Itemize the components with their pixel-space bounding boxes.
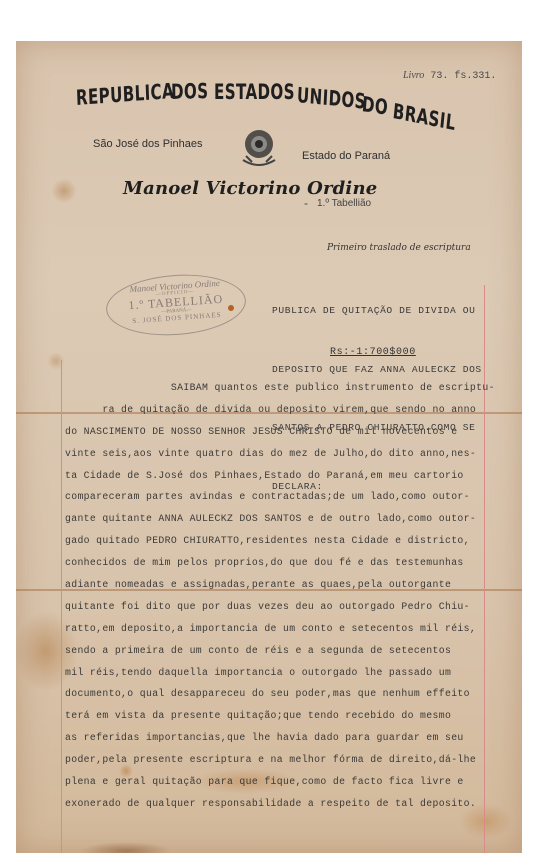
body-line: poder,pela presente escriptura e na melh… (65, 749, 495, 771)
body-line: ta Cidade de S.José dos Pinhaes,Estado d… (65, 465, 495, 487)
page-reference: fs.331. (454, 71, 496, 82)
book-reference: Livro 73. fs.331. (403, 70, 496, 82)
body-line: mil réis,tendo daquella importancia o ou… (65, 662, 495, 684)
body-line: exonerado de qualquer responsabilidade a… (65, 793, 495, 815)
deed-amount: Rs:-1:700$000 (330, 347, 416, 358)
body-line: sendo a primeira de um conto de réis e a… (65, 640, 495, 662)
deed-heading: Primeiro traslado de escriptura (327, 243, 471, 253)
state-label: Estado do Paraná (302, 150, 390, 162)
notary-name: Manoel Victorino Ordine (123, 178, 377, 199)
summary-line: PUBLICA DE QUITAÇÃO DE DIVIDA OU (272, 301, 512, 321)
body-line: ratto,em deposito,a importancia de um co… (65, 618, 495, 640)
body-line: gante quitante ANNA AULECKZ DOS SANTOS e… (65, 508, 495, 530)
body-line: SAIBAM quantos este publico instrumento … (65, 377, 495, 399)
deed-body: SAIBAM quantos este publico instrumento … (65, 377, 495, 815)
left-margin-line (61, 360, 62, 853)
title-word: DO (361, 92, 389, 120)
body-line: adiante nomeadas e assignadas,perante as… (65, 574, 495, 596)
body-line: terá em vista da presente quitação;que t… (65, 705, 495, 727)
body-line: ra de quitação de divida ou deposito vir… (65, 399, 495, 421)
body-line: plena e geral quitação para que fique,co… (65, 771, 495, 793)
notary-title: 1.º Tabellião (317, 198, 371, 209)
coat-of-arms-icon (238, 126, 280, 168)
body-line: compareceram partes avindas e contractad… (65, 486, 495, 508)
stain (228, 305, 234, 311)
title-word: ESTADOS (214, 80, 295, 104)
body-line: documento,o qual desappareceu do seu pod… (65, 683, 495, 705)
title-word: DOS (171, 79, 209, 104)
body-line: quitante foi dito que por duas vezes deu… (65, 596, 495, 618)
body-line: vinte seis,aos vinte quatro dias do mez … (65, 443, 495, 465)
body-line: do NASCIMENTO DE NOSSO SENHOR JESUS CHRI… (65, 421, 495, 443)
body-line: gado quitado PEDRO CHIURATTO,residentes … (65, 530, 495, 552)
notary-separator: - (304, 196, 308, 210)
book-label: Livro (403, 70, 424, 81)
city-label: São José dos Pinhaes (93, 138, 202, 150)
body-line: as referidas importancias,que lhe havia … (65, 727, 495, 749)
body-line: conhecidos de mim pelos proprios,do que … (65, 552, 495, 574)
book-number: 73. (430, 71, 448, 82)
